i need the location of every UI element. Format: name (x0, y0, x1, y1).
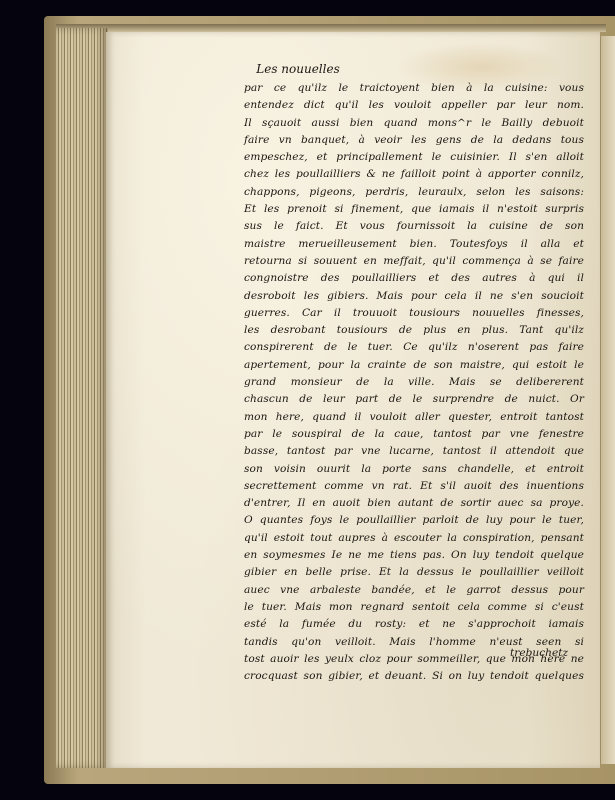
text-line: secrettement comme vn rat. Et s'il auoit… (244, 478, 584, 495)
text-line: d'entrer, Il en auoit bien autant de sor… (244, 495, 584, 512)
text-line: conspirerent de le tuer. Ce qu'ilz n'ose… (244, 339, 584, 356)
text-line: Et les prenoit si finement, que iamais i… (244, 201, 584, 218)
text-line: apertement, pour la crainte de son maist… (244, 357, 584, 374)
text-line: auec vne arbaleste bandée, et le garrot … (244, 582, 584, 599)
text-line: desroboit les gibiers. Mais pour cela il… (244, 288, 584, 305)
body-text: par ce qu'ilz le traictoyent bien à la c… (244, 80, 584, 685)
text-line: maistre merueilleusement bien. Toutesfoy… (244, 236, 584, 253)
stacked-page-edges (56, 28, 108, 768)
text-line: Il sçauoit aussi bien quand mons^r le Ba… (244, 115, 584, 132)
text-line: par le souspiral de la caue, tantost par… (244, 426, 584, 443)
text-line: retourna si souuent en meffait, qu'il co… (244, 253, 584, 270)
text-line: le tuer. Mais mon regnard sentoit cela c… (244, 599, 584, 616)
page-edges-top (56, 24, 606, 32)
text-line: O quantes foys le poullaillier parloit d… (244, 512, 584, 529)
text-line: qu'il estoit tout aupres à escouter la c… (244, 530, 584, 547)
adjacent-page-edge (600, 36, 615, 764)
text-line: grand monsieur de la ville. Mais se deli… (244, 374, 584, 391)
text-line: les desrobant tousiours de plus en plus.… (244, 322, 584, 339)
text-line: gibier en belle prise. Et la dessus le p… (244, 564, 584, 581)
text-line: entendez dict qu'il les vouloit appeller… (244, 97, 584, 114)
text-line: mon here, quand il vouloit aller quester… (244, 409, 584, 426)
text-line: guerres. Car il trouuoit tousiours nouue… (244, 305, 584, 322)
text-line: empeschez, et principallement le cuisini… (244, 149, 584, 166)
text-line: par ce qu'ilz le traictoyent bien à la c… (244, 80, 584, 97)
catchword: trebuchetz (510, 647, 568, 659)
text-line: faire vn banquet, à veoir les gens de la… (244, 132, 584, 149)
text-line: en soymesmes Ie ne me tiens pas. On luy … (244, 547, 584, 564)
running-head: Les nouuelles (238, 62, 358, 76)
text-line: crocquast son gibier, et deuant. Si on l… (244, 668, 584, 685)
text-line: congnoistre des poullailliers et des aut… (244, 270, 584, 287)
text-line: chez les poullailliers & ne failloit poi… (244, 166, 584, 183)
text-line: basse, tantost par vne lucarne, tantost … (244, 443, 584, 460)
text-line: chappons, pigeons, perdris, leuraulx, se… (244, 184, 584, 201)
text-line: sus le faict. Et vous fournissoit la cui… (244, 218, 584, 235)
book-scan: Les nouuelles par ce qu'ilz le traictoye… (0, 0, 615, 800)
text-line: esté la fumée du rosty: et ne s'approcho… (244, 616, 584, 633)
text-line: chascun de leur part de le surprendre de… (244, 391, 584, 408)
text-line: son voisin ouurit la porte sans chandell… (244, 461, 584, 478)
